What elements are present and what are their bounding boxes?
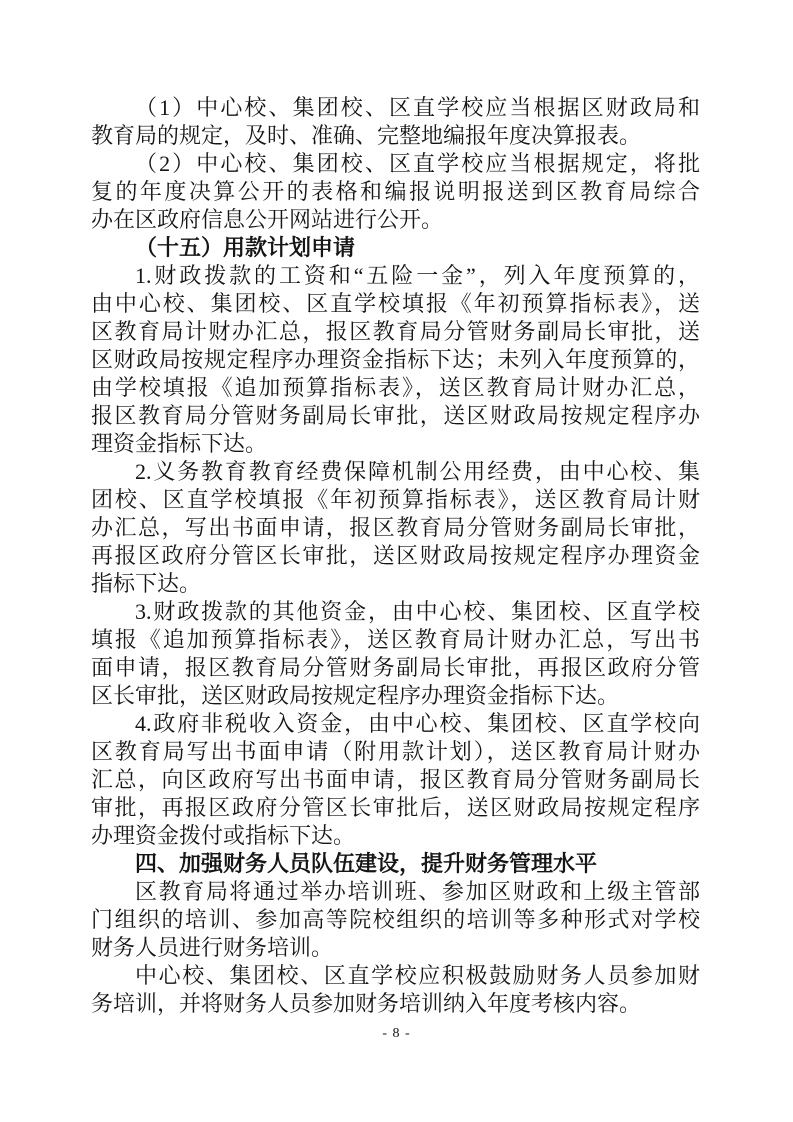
text-line: 面申请，报区教育局分管财务副局长审批，再报区政府分管 [91, 654, 700, 682]
text-line: 教育局的规定，及时、准确、完整地编报年度决算报表。 [91, 122, 700, 150]
text-line: 复的年度决算公开的表格和编报说明报送到区教育局综合 [91, 178, 700, 206]
text-line: 1.财政拨款的工资和“五险一金”，列入年度预算的， [91, 262, 700, 290]
text-line: 理资金指标下达。 [91, 430, 700, 458]
text-line: 由中心校、集团校、区直学校填报《年初预算指标表》，送 [91, 290, 700, 318]
section-heading: 四、加强财务人员队伍建设，提升财务管理水平 [91, 850, 700, 878]
text-line: 区教育局写出书面申请（附用款计划），送区教育局计财办 [91, 738, 700, 766]
text-line: 中心校、集团校、区直学校应积极鼓励财务人员参加财 [91, 962, 700, 990]
text-line: 区长审批，送区财政局按规定程序办理资金指标下达。 [91, 682, 700, 710]
section-heading: （十五）用款计划申请 [91, 234, 700, 262]
text-line: 再报区政府分管区长审批，送区财政局按规定程序办理资金 [91, 542, 700, 570]
text-line: 区财政局按规定程序办理资金指标下达；未列入年度预算的， [91, 346, 700, 374]
text-line: 团校、区直学校填报《年初预算指标表》，送区教育局计财 [91, 486, 700, 514]
text-line: （2）中心校、集团校、区直学校应当根据规定，将批 [91, 150, 700, 178]
text-line: 审批，再报区政府分管区长审批后，送区财政局按规定程序 [91, 794, 700, 822]
text-line: 填报《追加预算指标表》，送区教育局计财办汇总，写出书 [91, 626, 700, 654]
text-line: 4.政府非税收入资金，由中心校、集团校、区直学校向 [91, 710, 700, 738]
page-number: - 8 - [0, 1026, 793, 1042]
text-line: （1）中心校、集团校、区直学校应当根据区财政局和 [91, 94, 700, 122]
text-line: 区教育局将通过举办培训班、参加区财政和上级主管部 [91, 878, 700, 906]
text-line: 指标下达。 [91, 570, 700, 598]
text-line: 报区教育局分管财务副局长审批，送区财政局按规定程序办 [91, 402, 700, 430]
text-line: 办汇总，写出书面申请，报区教育局分管财务副局长审批， [91, 514, 700, 542]
text-line: 区教育局计财办汇总，报区教育局分管财务副局长审批，送 [91, 318, 700, 346]
text-line: 务培训，并将财务人员参加财务培训纳入年度考核内容。 [91, 990, 700, 1018]
text-line: 3.财政拨款的其他资金，由中心校、集团校、区直学校 [91, 598, 700, 626]
text-line: 汇总，向区政府写出书面申请，报区教育局分管财务副局长 [91, 766, 700, 794]
document-body: （1）中心校、集团校、区直学校应当根据区财政局和教育局的规定，及时、准确、完整地… [91, 94, 700, 1018]
text-line: 财务人员进行财务培训。 [91, 934, 700, 962]
text-line: 办在区政府信息公开网站进行公开。 [91, 206, 700, 234]
text-line: 门组织的培训、参加高等院校组织的培训等多种形式对学校 [91, 906, 700, 934]
text-line: 2.义务教育教育经费保障机制公用经费，由中心校、集 [91, 458, 700, 486]
text-line: 办理资金拨付或指标下达。 [91, 822, 700, 850]
text-line: 由学校填报《追加预算指标表》，送区教育局计财办汇总， [91, 374, 700, 402]
document-page: （1）中心校、集团校、区直学校应当根据区财政局和教育局的规定，及时、准确、完整地… [0, 0, 793, 1122]
